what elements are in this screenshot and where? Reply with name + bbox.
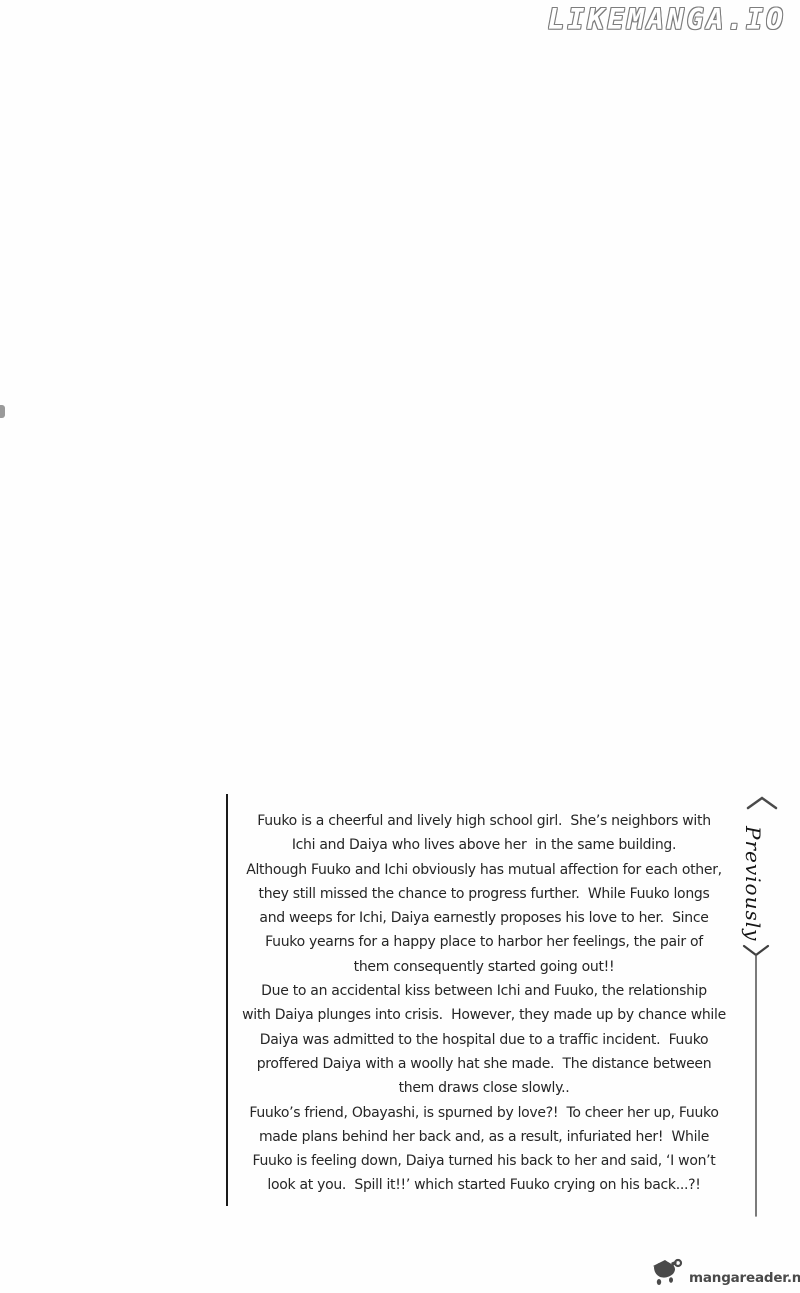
recap-line: Fuuko is a cheerful and lively high scho… xyxy=(230,809,738,833)
site-logo[interactable]: LIKEMANGA.IO xyxy=(548,3,786,36)
recap-line: them draws close slowly.. xyxy=(230,1076,738,1100)
recap-line: and weeps for Ichi, Daiya earnestly prop… xyxy=(230,906,738,930)
recap-left-rule xyxy=(226,794,228,1206)
mangareader-logo-icon xyxy=(651,1255,687,1293)
manga-page-image[interactable]: LIKEMANGA.IO Fuuko is a cheerful and liv… xyxy=(0,0,800,1293)
recap-line: look at you. Spill it!!’ which started F… xyxy=(230,1173,738,1197)
watermark: mangareader.net xyxy=(651,1255,800,1293)
recap-line: Fuuko’s friend, Obayashi, is spurned by … xyxy=(230,1101,738,1125)
bracket-top-icon xyxy=(746,796,778,815)
recap-line: Ichi and Daiya who lives above her in th… xyxy=(230,833,738,857)
recap-line: Fuuko yearns for a happy place to harbor… xyxy=(230,930,738,954)
recap-line: Daiya was admitted to the hospital due t… xyxy=(230,1028,738,1052)
recap-text: Fuuko is a cheerful and lively high scho… xyxy=(230,809,738,1198)
recap-line: Fuuko is feeling down, Daiya turned his … xyxy=(230,1149,738,1173)
watermark-text: mangareader.net xyxy=(689,1262,800,1286)
recap-line: Although Fuuko and Ichi obviously has mu… xyxy=(230,858,738,882)
recap-line: with Daiya plunges into crisis. However,… xyxy=(230,1003,738,1027)
recap-line: them consequently started going out!! xyxy=(230,955,738,979)
recap-line: they still missed the chance to progress… xyxy=(230,882,738,906)
previously-label: Previously xyxy=(741,826,765,941)
page-edge-mark xyxy=(0,405,5,418)
bracket-bottom-icon xyxy=(742,944,770,1222)
recap-line: Due to an accidental kiss between Ichi a… xyxy=(230,979,738,1003)
recap-line: proffered Daiya with a woolly hat she ma… xyxy=(230,1052,738,1076)
recap-line: made plans behind her back and, as a res… xyxy=(230,1125,738,1149)
